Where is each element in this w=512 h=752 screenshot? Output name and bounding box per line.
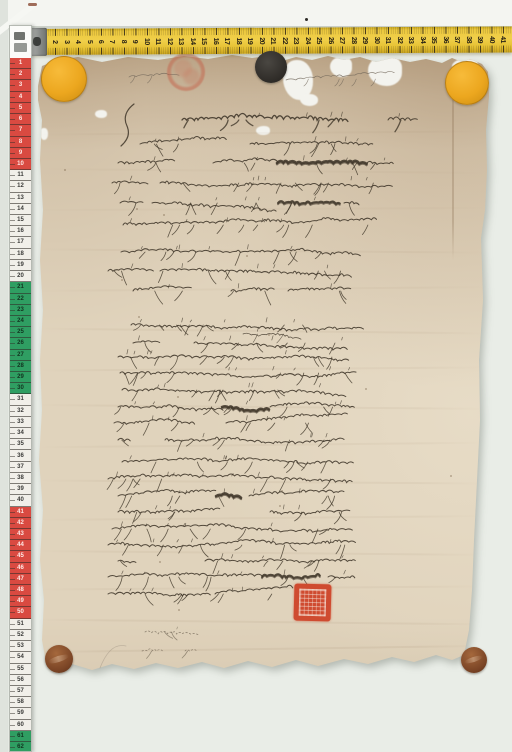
ruler-cm-cell: 7 bbox=[10, 125, 31, 136]
ruler-cm-cell: 58 bbox=[10, 697, 31, 708]
paper-speck bbox=[279, 505, 281, 507]
ruler-cm-cell: 5 bbox=[10, 103, 31, 114]
tape-number: 21 bbox=[267, 35, 279, 47]
tape-number: 40 bbox=[486, 34, 498, 46]
paper-speck bbox=[365, 388, 367, 390]
ruler-cm-cell: 3 bbox=[10, 80, 31, 91]
ruler-cm-cell: 6 bbox=[10, 114, 31, 125]
paper-speck bbox=[159, 561, 161, 563]
ruler-cm-cell: 44 bbox=[10, 540, 31, 551]
ruler-cm-cell: 60 bbox=[10, 720, 31, 731]
ruler-cm-cell: 39 bbox=[10, 484, 31, 495]
ruler-cm-cell: 22 bbox=[10, 294, 31, 305]
tape-number: 13 bbox=[175, 35, 187, 47]
tape-number: 39 bbox=[474, 34, 486, 46]
tape-number: 5 bbox=[83, 36, 95, 48]
ruler-brand-mark bbox=[14, 43, 27, 52]
tape-number: 3 bbox=[60, 36, 72, 48]
paper-abrasion bbox=[368, 56, 402, 86]
vertical-ruler: 1234567891011121314151617181920212223242… bbox=[9, 25, 32, 752]
manuscript-sheet bbox=[0, 0, 512, 752]
fold-crease bbox=[38, 619, 486, 626]
tape-number: 28 bbox=[348, 34, 360, 46]
paper-speck bbox=[450, 475, 452, 477]
ruler-cm-cell: 42 bbox=[10, 518, 31, 529]
tape-number: 33 bbox=[405, 34, 417, 46]
magnet-top-right bbox=[445, 61, 489, 105]
ruler-cm-cell: 47 bbox=[10, 574, 31, 585]
ruler-cm-cell: 2 bbox=[10, 69, 31, 80]
ruler-cm-cell: 37 bbox=[10, 462, 31, 473]
tape-number: 41 bbox=[497, 33, 509, 45]
ruler-cm-cell: 57 bbox=[10, 686, 31, 697]
tape-number: 11 bbox=[152, 35, 164, 47]
fold-crease bbox=[38, 404, 486, 410]
ruler-cm-cell: 4 bbox=[10, 92, 31, 103]
fold-crease bbox=[38, 207, 486, 211]
ruler-cm-cell: 48 bbox=[10, 585, 31, 596]
ruler-cm-cell: 43 bbox=[10, 529, 31, 540]
ruler-cm-cell: 53 bbox=[10, 641, 31, 652]
paper-speck bbox=[163, 214, 165, 216]
fold-crease bbox=[38, 442, 486, 449]
ruler-cm-cell: 41 bbox=[10, 507, 31, 518]
tape-number: 29 bbox=[359, 34, 371, 46]
tape-number: 38 bbox=[463, 34, 475, 46]
ruler-cm-cell: 50 bbox=[10, 607, 31, 618]
ruler-cm-cell: 35 bbox=[10, 439, 31, 450]
ruler-head bbox=[10, 26, 31, 59]
magnet-top-left bbox=[41, 56, 87, 102]
square-vermilion-seal bbox=[294, 584, 332, 622]
ruler-cm-cell: 54 bbox=[10, 652, 31, 663]
ruler-cm-cell: 56 bbox=[10, 675, 31, 686]
paper-speck bbox=[281, 490, 283, 492]
tape-number: 30 bbox=[371, 34, 383, 46]
ruler-cm-cell: 29 bbox=[10, 372, 31, 383]
ruler-cm-cell: 52 bbox=[10, 630, 31, 641]
ruler-cm-cell: 59 bbox=[10, 708, 31, 719]
paper-speck bbox=[268, 334, 270, 336]
fold-crease bbox=[38, 550, 486, 556]
paper-speck bbox=[121, 279, 123, 281]
seal-script-pattern bbox=[299, 589, 327, 617]
ruler-cm-cell: 33 bbox=[10, 417, 31, 428]
tape-number: 4 bbox=[72, 36, 84, 48]
ruler-cm-cell: 16 bbox=[10, 226, 31, 237]
ruler-cm-cell: 25 bbox=[10, 327, 31, 338]
ruler-cm-cell: 11 bbox=[10, 170, 31, 181]
ruler-cm-cell: 14 bbox=[10, 204, 31, 215]
tape-number: 37 bbox=[451, 34, 463, 46]
paper-abrasion bbox=[95, 110, 107, 118]
ruler-cm-cell: 32 bbox=[10, 406, 31, 417]
fold-crease bbox=[38, 168, 486, 174]
tape-number: 15 bbox=[198, 35, 210, 47]
ruler-cm-cell: 18 bbox=[10, 249, 31, 260]
tape-number: 19 bbox=[244, 35, 256, 47]
ruler-cm-cell: 20 bbox=[10, 271, 31, 282]
ruler-cm-cell: 21 bbox=[10, 282, 31, 293]
ruler-cm-cell: 9 bbox=[10, 148, 31, 159]
paper-speck bbox=[64, 169, 66, 171]
tape-number: 23 bbox=[290, 35, 302, 47]
ruler-cm-cell: 23 bbox=[10, 305, 31, 316]
ruler-cm-cell: 24 bbox=[10, 316, 31, 327]
tape-number: 2 bbox=[49, 36, 61, 48]
ruler-cm-cell: 61 bbox=[10, 731, 31, 742]
ruler-cm-cell: 19 bbox=[10, 260, 31, 271]
fold-crease bbox=[38, 328, 486, 335]
tape-number: 32 bbox=[394, 34, 406, 46]
tape-number: 35 bbox=[428, 34, 440, 46]
ruler-cm-cell: 36 bbox=[10, 451, 31, 462]
magnet-bottom-right bbox=[461, 647, 487, 673]
paper-speck bbox=[178, 609, 180, 611]
ruler-cm-cell: 10 bbox=[10, 159, 31, 170]
ruler-cm-cell: 45 bbox=[10, 551, 31, 562]
fold-crease bbox=[38, 515, 486, 521]
tape-number: 27 bbox=[336, 34, 348, 46]
fold-crease bbox=[38, 286, 486, 292]
fold-crease bbox=[38, 479, 486, 484]
paper-speck bbox=[246, 255, 248, 257]
ruler-cm-cell: 13 bbox=[10, 193, 31, 204]
ruler-cm-cell: 34 bbox=[10, 428, 31, 439]
tape-number: 9 bbox=[129, 35, 141, 47]
ruler-cm-cell: 12 bbox=[10, 181, 31, 192]
ruler-cm-cell: 38 bbox=[10, 473, 31, 484]
ruler-cm-cell: 46 bbox=[10, 563, 31, 574]
fold-crease bbox=[38, 366, 486, 371]
tape-number: 25 bbox=[313, 34, 325, 46]
fold-crease bbox=[38, 585, 486, 590]
round-ink-seal bbox=[167, 53, 205, 91]
fold-crease bbox=[38, 645, 486, 653]
ruler-cm-cell: 28 bbox=[10, 361, 31, 372]
paper-abrasion bbox=[300, 94, 318, 106]
tape-number: 31 bbox=[382, 34, 394, 46]
ruler-cm-cell: 51 bbox=[10, 619, 31, 630]
ruler-cm-cell: 8 bbox=[10, 137, 31, 148]
photo-canvas: 2345678910111213141516171819202122232425… bbox=[0, 0, 512, 752]
magnet-top-center bbox=[255, 51, 287, 83]
ruler-cm-cell: 15 bbox=[10, 215, 31, 226]
ruler-cm-cell: 1 bbox=[10, 58, 31, 69]
fold-crease bbox=[38, 248, 486, 253]
ruler-cm-cell: 55 bbox=[10, 664, 31, 675]
tape-number: 34 bbox=[417, 34, 429, 46]
paper-speck bbox=[138, 316, 140, 318]
paper-abrasion bbox=[330, 57, 352, 77]
ruler-cm-cell: 40 bbox=[10, 495, 31, 506]
magnet-bottom-left bbox=[45, 645, 73, 673]
manuscript-sheet-wrap bbox=[0, 0, 512, 752]
ruler-cm-cell: 62 bbox=[10, 742, 31, 752]
ruler-cm-cell: 26 bbox=[10, 338, 31, 349]
ruler-cm-cell: 49 bbox=[10, 596, 31, 607]
tape-number: 17 bbox=[221, 35, 233, 47]
ruler-cm-cell: 31 bbox=[10, 394, 31, 405]
ruler-cm-cell: 30 bbox=[10, 383, 31, 394]
paper-speck bbox=[177, 396, 179, 398]
tape-number: 36 bbox=[440, 34, 452, 46]
ruler-brand-mark bbox=[14, 32, 25, 40]
ruler-cm-cell: 27 bbox=[10, 350, 31, 361]
tape-number: 7 bbox=[106, 36, 118, 48]
ruler-cm-cell: 17 bbox=[10, 237, 31, 248]
paper-speck bbox=[136, 208, 138, 210]
